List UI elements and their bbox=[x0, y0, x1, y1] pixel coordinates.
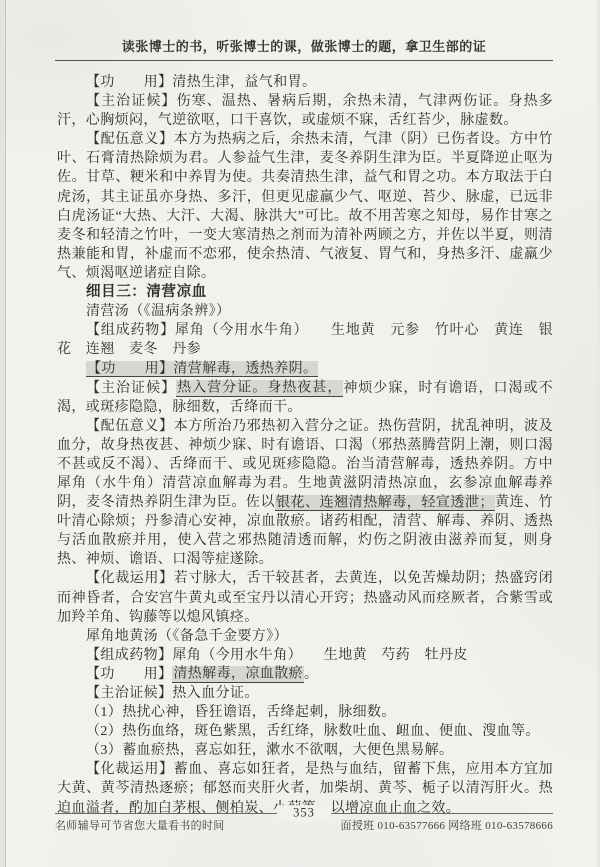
page-left-edge-line bbox=[5, 0, 6, 867]
body-paragraph: 【功 用】清热解毒，凉血散瘀。 bbox=[57, 665, 553, 684]
text-run: 【组成药物】犀角（今用水牛角） 生地黄 元参 竹叶心 黄连 银花 连翘 麦冬 丹… bbox=[57, 323, 553, 357]
text-run: （1）热扰心神，昏狂谵语，舌绛起刺，脉细数。 bbox=[86, 705, 396, 720]
text-run: 【配伍意义】本方为热病之后，余热未清，气津（阴）已伤者设。方中竹叶、石膏清热除烦… bbox=[57, 132, 553, 281]
highlighted-text: 银花、连翘清热解毒，轻宣透泄； bbox=[275, 495, 495, 512]
text-run: （2）热伤血络，斑色紫黑，舌红绛，脉数吐血、衄血、便血、溲血等。 bbox=[86, 724, 540, 739]
footer-left-text: 名师辅导可节省您大量看书的时间 bbox=[55, 817, 225, 833]
list-item: （2）热伤血络，斑色紫黑，舌红绛，脉数吐血、衄血、便血、溲血等。 bbox=[57, 722, 553, 741]
formula-title: 清营汤（《温病条辨》） bbox=[57, 302, 553, 321]
body-paragraph: 【化裁运用】若寸脉大，舌干较甚者，去黄连，以免苦燥劫阴；热盛窍闭而神昏者，合安宫… bbox=[57, 569, 553, 626]
body-paragraph: 【功 用】清营解毒，透热养阴。 bbox=[57, 359, 553, 378]
text-run: 细目三：清营凉血 bbox=[86, 284, 207, 300]
body-paragraph: 【主治证候】热入血分证。 bbox=[57, 684, 553, 703]
highlighted-text: 热入营分证。身热夜甚， bbox=[176, 380, 343, 397]
body-paragraph: 【主治证候】伤寒、温热、暑病后期，余热未清，气津两伤证。身热多汗，心胸烦闷，气逆… bbox=[57, 92, 553, 130]
body-paragraph: 【组成药物】犀角（今用水牛角） 生地黄 芍药 牡丹皮 bbox=[57, 646, 553, 665]
list-item: （1）热扰心神，昏狂谵语，舌绛起刺，脉细数。 bbox=[57, 703, 553, 722]
text-run: 清营汤（《温病条辨》） bbox=[86, 304, 230, 319]
body-paragraph: 【组成药物】犀角（今用水牛角） 生地黄 元参 竹叶心 黄连 银花 连翘 麦冬 丹… bbox=[57, 321, 553, 359]
document-body: 【功 用】清热生津，益气和胃。【主治证候】伤寒、温热、暑病后期，余热未清，气津两… bbox=[57, 73, 553, 818]
text-run: 。 bbox=[304, 667, 318, 682]
footer-right-text: 面授班 010-63577666 网络班 010-63578666 bbox=[341, 817, 553, 833]
text-run: 【主治证候】 bbox=[86, 381, 176, 396]
body-paragraph: 【功 用】清热生津，益气和胃。 bbox=[57, 73, 553, 92]
page-header: 读张博士的书，听张博士的课，做张博士的题，拿卫生部的证 bbox=[55, 0, 553, 61]
body-paragraph: 【配伍意义】本方为热病之后，余热未清，气津（阴）已伤者设。方中竹叶、石膏清热除烦… bbox=[57, 130, 553, 283]
scanned-page: 读张博士的书，听张博士的课，做张博士的题，拿卫生部的证 【功 用】清热生津，益气… bbox=[0, 0, 600, 867]
header-slogan: 读张博士的书，听张博士的课，做张博士的题，拿卫生部的证 bbox=[55, 0, 553, 55]
text-run: （3）蓄血瘀热，喜忘如狂，漱水不欲咽，大便色黑易解。 bbox=[86, 743, 453, 758]
text-run: 【化裁运用】若寸脉大，舌干较甚者，去黄连，以免苦燥劫阴；热盛窍闭而神昏者，合安宫… bbox=[57, 571, 553, 624]
text-run: 【功 用】 bbox=[86, 667, 172, 682]
section-heading: 细目三：清营凉血 bbox=[57, 283, 553, 302]
footer-rule: 353 bbox=[55, 813, 553, 814]
highlighted-text: 清热解毒，凉血散瘀 bbox=[172, 666, 304, 683]
text-run: 【功 用】清热生津，益气和胃。 bbox=[86, 75, 316, 90]
text-run: 【组成药物】犀角（今用水牛角） 生地黄 芍药 牡丹皮 bbox=[86, 648, 468, 663]
body-paragraph: 【配伍意义】本方所治乃邪热初入营分之证。热伤营阴，扰乱神明，波及血分，故身热夜甚… bbox=[57, 417, 553, 570]
body-paragraph: 【主治证候】热入营分证。身热夜甚，神烦少寐，时有谵语，口渴或不渴，或斑疹隐隐，脉… bbox=[57, 379, 553, 417]
page-footer: 353 名师辅导可节省您大量看书的时间 面授班 010-63577666 网络班… bbox=[55, 813, 553, 833]
formula-title: 犀角地黄汤（《备急千金要方》） bbox=[57, 627, 553, 646]
page-number: 353 bbox=[277, 805, 331, 820]
text-run: 【主治证候】伤寒、温热、暑病后期，余热未清，气津两伤证。身热多汗，心胸烦闷，气逆… bbox=[57, 94, 553, 128]
highlighted-text: 【功 用】清营解毒，透热养阴。 bbox=[86, 361, 318, 378]
text-run: 【主治证候】热入血分证。 bbox=[86, 686, 259, 701]
header-rule bbox=[55, 60, 553, 61]
list-item: （3）蓄血瘀热，喜忘如狂，漱水不欲咽，大便色黑易解。 bbox=[57, 741, 553, 760]
text-run: 犀角地黄汤（《备急千金要方》） bbox=[86, 629, 288, 644]
